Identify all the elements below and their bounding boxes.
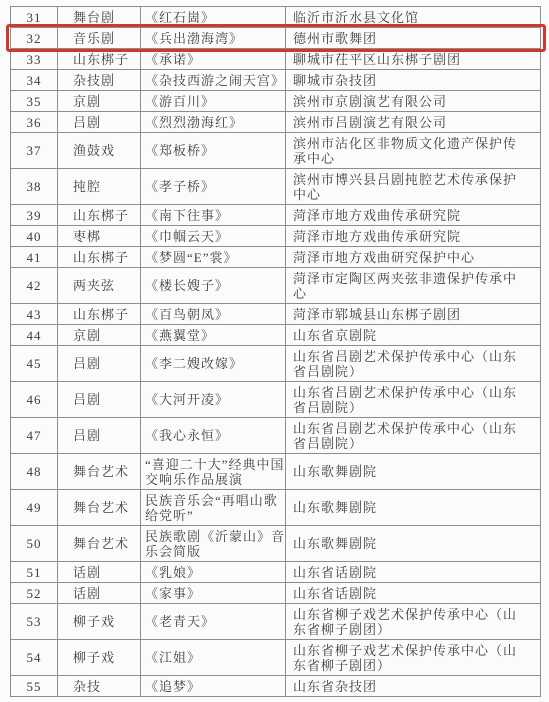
cell-title: 《大河开凌》 xyxy=(141,382,286,418)
cell-genre: 话剧 xyxy=(58,583,141,604)
cell-genre: 山东梆子 xyxy=(58,304,141,325)
cell-genre: 柳子戏 xyxy=(58,604,141,640)
cell-title: 《百鸟朝凤》 xyxy=(141,304,286,325)
cell-genre: 柳子戏 xyxy=(58,640,141,676)
cell-org: 菏泽市定陶区两夹弦非遗保护传承中心 xyxy=(286,268,541,304)
cell-org: 山东省京剧院 xyxy=(286,325,541,346)
cell-genre: 舞台艺术 xyxy=(58,490,141,526)
cell-no: 53 xyxy=(11,604,58,640)
table-row: 53柳子戏《老青天》山东省柳子戏艺术保护传承中心（山东省柳子剧团） xyxy=(11,604,541,640)
cell-org: 山东省话剧院 xyxy=(286,562,541,583)
table-row: 43山东梆子《百鸟朝凤》菏泽市郓城县山东梆子剧团 xyxy=(11,304,541,325)
cell-title: 民族音乐会“再唱山歌给党听” xyxy=(141,490,286,526)
cell-genre: 山东梆子 xyxy=(58,247,141,268)
table-row: 36吕剧《烈烈渤海红》滨州市吕剧演艺有限公司 xyxy=(11,112,541,133)
cell-org: 菏泽市郓城县山东梆子剧团 xyxy=(286,304,541,325)
cell-title: 《杂技西游之闹天宫》 xyxy=(141,70,286,91)
table-row: 40枣梆《巾帼云天》菏泽市地方戏曲传承研究院 xyxy=(11,226,541,247)
cell-org: 聊城市茌平区山东梆子剧团 xyxy=(286,49,541,70)
cell-genre: 吕剧 xyxy=(58,382,141,418)
award-table-body: 31舞台剧《红石崮》临沂市沂水县文化馆32音乐剧《兵出渤海湾》德州市歌舞团33山… xyxy=(11,7,541,697)
cell-genre: 吕剧 xyxy=(58,112,141,133)
cell-org: 山东省柳子戏艺术保护传承中心（山东省柳子剧团） xyxy=(286,604,541,640)
cell-title: 《烈烈渤海红》 xyxy=(141,112,286,133)
cell-no: 45 xyxy=(11,346,58,382)
cell-no: 37 xyxy=(11,133,58,169)
table-row: 54柳子戏《江姐》山东省柳子戏艺术保护传承中心（山东省柳子剧团） xyxy=(11,640,541,676)
table-row: 46吕剧《大河开凌》山东省吕剧艺术保护传承中心（山东省吕剧院） xyxy=(11,382,541,418)
cell-title: 《兵出渤海湾》 xyxy=(141,28,286,49)
table-row: 49舞台艺术民族音乐会“再唱山歌给党听”山东歌舞剧院 xyxy=(11,490,541,526)
cell-genre: 杂技 xyxy=(58,676,141,697)
cell-no: 51 xyxy=(11,562,58,583)
cell-org: 临沂市沂水县文化馆 xyxy=(286,7,541,28)
cell-title: 《孝子桥》 xyxy=(141,169,286,205)
cell-no: 40 xyxy=(11,226,58,247)
cell-title: 《承诺》 xyxy=(141,49,286,70)
cell-genre: 话剧 xyxy=(58,562,141,583)
cell-no: 48 xyxy=(11,454,58,490)
cell-genre: 京剧 xyxy=(58,91,141,112)
table-row: 44京剧《燕翼堂》山东省京剧院 xyxy=(11,325,541,346)
table-row: 48舞台艺术“喜迎二十大”经典中国交响乐作品展演山东歌舞剧院 xyxy=(11,454,541,490)
table-row: 55杂技《追梦》山东省杂技团 xyxy=(11,676,541,697)
cell-genre: 渔鼓戏 xyxy=(58,133,141,169)
cell-title: 《巾帼云天》 xyxy=(141,226,286,247)
table-row: 33山东梆子《承诺》聊城市茌平区山东梆子剧团 xyxy=(11,49,541,70)
cell-org: 山东省吕剧艺术保护传承中心（山东省吕剧院） xyxy=(286,418,541,454)
cell-org: 滨州市沾化区非物质文化遗产保护传承中心 xyxy=(286,133,541,169)
cell-no: 31 xyxy=(11,7,58,28)
cell-no: 34 xyxy=(11,70,58,91)
cell-org: 聊城市杂技团 xyxy=(286,70,541,91)
cell-genre: 舞台剧 xyxy=(58,7,141,28)
cell-org: 滨州市博兴县吕剧扽腔艺术传承保护中心 xyxy=(286,169,541,205)
cell-genre: 舞台艺术 xyxy=(58,526,141,562)
cell-org: 菏泽市地方戏曲研究保护中心 xyxy=(286,247,541,268)
table-row: 37渔鼓戏《郑板桥》滨州市沾化区非物质文化遗产保护传承中心 xyxy=(11,133,541,169)
cell-title: 《李二嫂改嫁》 xyxy=(141,346,286,382)
cell-title: 《老青天》 xyxy=(141,604,286,640)
cell-no: 54 xyxy=(11,640,58,676)
table-row: 45吕剧《李二嫂改嫁》山东省吕剧艺术保护传承中心（山东省吕剧院） xyxy=(11,346,541,382)
table-row: 50舞台艺术民族歌剧《沂蒙山》音乐会简版山东歌舞剧院 xyxy=(11,526,541,562)
table-row: 51话剧《乳娘》山东省话剧院 xyxy=(11,562,541,583)
table-row: 41山东梆子《梦圆“E”裳》菏泽市地方戏曲研究保护中心 xyxy=(11,247,541,268)
cell-genre: 吕剧 xyxy=(58,418,141,454)
cell-genre: 杂技剧 xyxy=(58,70,141,91)
cell-title: 《我心永恒》 xyxy=(141,418,286,454)
cell-no: 38 xyxy=(11,169,58,205)
cell-title: 《家事》 xyxy=(141,583,286,604)
cell-title: 《楼长嫂子》 xyxy=(141,268,286,304)
table-row: 32音乐剧《兵出渤海湾》德州市歌舞团 xyxy=(11,28,541,49)
cell-org: 滨州市京剧演艺有限公司 xyxy=(286,91,541,112)
cell-org: 山东省杂技团 xyxy=(286,676,541,697)
cell-title: 《游百川》 xyxy=(141,91,286,112)
cell-title: 《江姐》 xyxy=(141,640,286,676)
table-row: 34杂技剧《杂技西游之闹天宫》聊城市杂技团 xyxy=(11,70,541,91)
cell-genre: 两夹弦 xyxy=(58,268,141,304)
cell-org: 山东省柳子戏艺术保护传承中心（山东省柳子剧团） xyxy=(286,640,541,676)
cell-no: 36 xyxy=(11,112,58,133)
cell-title: “喜迎二十大”经典中国交响乐作品展演 xyxy=(141,454,286,490)
cell-genre: 枣梆 xyxy=(58,226,141,247)
cell-title: 《乳娘》 xyxy=(141,562,286,583)
table-row: 35京剧《游百川》滨州市京剧演艺有限公司 xyxy=(11,91,541,112)
cell-no: 46 xyxy=(11,382,58,418)
table-row: 42两夹弦《楼长嫂子》菏泽市定陶区两夹弦非遗保护传承中心 xyxy=(11,268,541,304)
cell-genre: 吕剧 xyxy=(58,346,141,382)
cell-genre: 舞台艺术 xyxy=(58,454,141,490)
cell-title: 《梦圆“E”裳》 xyxy=(141,247,286,268)
cell-genre: 扽腔 xyxy=(58,169,141,205)
cell-title: 《郑板桥》 xyxy=(141,133,286,169)
document-page: 31舞台剧《红石崮》临沂市沂水县文化馆32音乐剧《兵出渤海湾》德州市歌舞团33山… xyxy=(0,0,549,702)
table-row: 47吕剧《我心永恒》山东省吕剧艺术保护传承中心（山东省吕剧院） xyxy=(11,418,541,454)
cell-genre: 山东梆子 xyxy=(58,205,141,226)
cell-org: 菏泽市地方戏曲传承研究院 xyxy=(286,205,541,226)
cell-no: 32 xyxy=(11,28,58,49)
cell-genre: 音乐剧 xyxy=(58,28,141,49)
cell-title: 民族歌剧《沂蒙山》音乐会简版 xyxy=(141,526,286,562)
cell-no: 33 xyxy=(11,49,58,70)
cell-org: 山东歌舞剧院 xyxy=(286,490,541,526)
cell-org: 菏泽市地方戏曲传承研究院 xyxy=(286,226,541,247)
table-row: 38扽腔《孝子桥》滨州市博兴县吕剧扽腔艺术传承保护中心 xyxy=(11,169,541,205)
table-row: 31舞台剧《红石崮》临沂市沂水县文化馆 xyxy=(11,7,541,28)
cell-org: 德州市歌舞团 xyxy=(286,28,541,49)
cell-no: 49 xyxy=(11,490,58,526)
cell-org: 山东省吕剧艺术保护传承中心（山东省吕剧院） xyxy=(286,382,541,418)
cell-org: 山东歌舞剧院 xyxy=(286,526,541,562)
cell-no: 35 xyxy=(11,91,58,112)
cell-no: 39 xyxy=(11,205,58,226)
cell-org: 山东省话剧院 xyxy=(286,583,541,604)
cell-no: 44 xyxy=(11,325,58,346)
cell-no: 50 xyxy=(11,526,58,562)
award-table: 31舞台剧《红石崮》临沂市沂水县文化馆32音乐剧《兵出渤海湾》德州市歌舞团33山… xyxy=(10,6,541,697)
cell-no: 47 xyxy=(11,418,58,454)
cell-genre: 山东梆子 xyxy=(58,49,141,70)
cell-no: 55 xyxy=(11,676,58,697)
cell-title: 《南下往事》 xyxy=(141,205,286,226)
cell-no: 52 xyxy=(11,583,58,604)
cell-title: 《红石崮》 xyxy=(141,7,286,28)
cell-no: 43 xyxy=(11,304,58,325)
table-row: 39山东梆子《南下往事》菏泽市地方戏曲传承研究院 xyxy=(11,205,541,226)
cell-title: 《追梦》 xyxy=(141,676,286,697)
cell-org: 山东歌舞剧院 xyxy=(286,454,541,490)
cell-org: 滨州市吕剧演艺有限公司 xyxy=(286,112,541,133)
cell-no: 41 xyxy=(11,247,58,268)
cell-title: 《燕翼堂》 xyxy=(141,325,286,346)
table-row: 52话剧《家事》山东省话剧院 xyxy=(11,583,541,604)
cell-genre: 京剧 xyxy=(58,325,141,346)
cell-no: 42 xyxy=(11,268,58,304)
cell-org: 山东省吕剧艺术保护传承中心（山东省吕剧院） xyxy=(286,346,541,382)
